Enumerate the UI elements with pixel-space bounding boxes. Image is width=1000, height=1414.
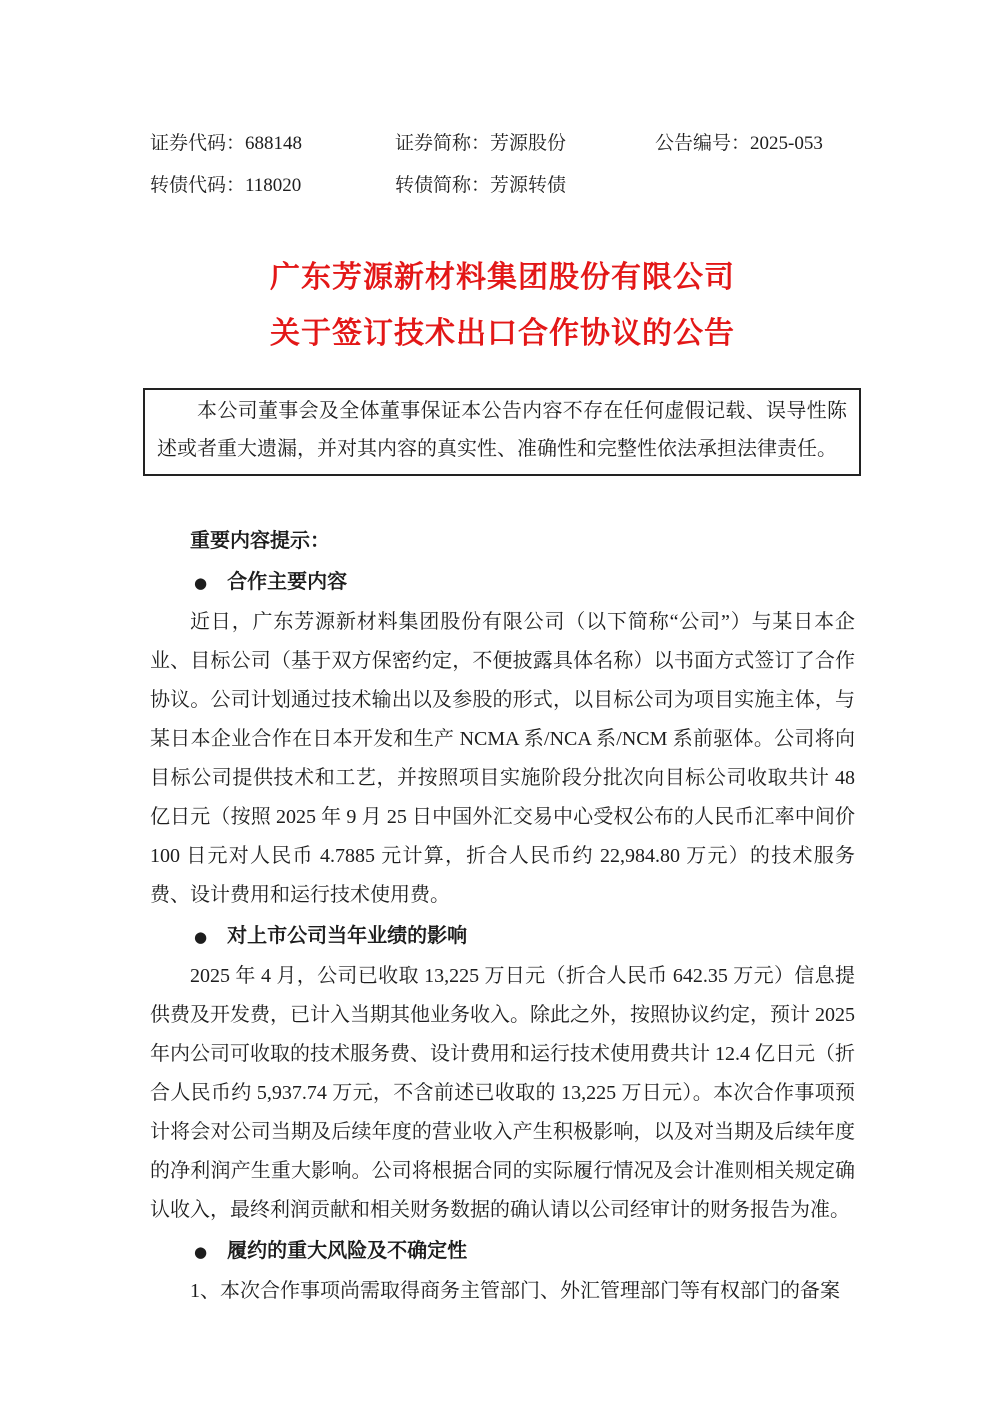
paragraph-performance-impact: 2025 年 4 月，公司已收取 13,225 万日元（折合人民币 642.35… [150, 957, 855, 1230]
header-meta: 证券代码：688148 证券简称：芳源股份 公告编号：2025-053 转债代码… [150, 130, 855, 200]
bullet-dot-icon: ● [194, 918, 207, 957]
document-body: 重要内容提示： ● 合作主要内容 近日，广东芳源新材料集团股份有限公司（以下简称… [150, 522, 855, 1311]
document-title-line2: 关于签订技术出口合作协议的公告 [150, 306, 855, 362]
bullet-item-cooperation: ● 合作主要内容 [150, 563, 855, 603]
document-title-line1: 广东芳源新材料集团股份有限公司 [150, 250, 855, 306]
meta-row-1: 证券代码：688148 证券简称：芳源股份 公告编号：2025-053 [150, 130, 855, 158]
paragraph-cooperation: 近日，广东芳源新材料集团股份有限公司（以下简称“公司”）与某日本企业、目标公司（… [150, 603, 855, 915]
bullet-dot-icon: ● [194, 564, 207, 603]
disclaimer-text: 本公司董事会及全体董事保证本公告内容不存在任何虚假记载、误导性陈述或者重大遗漏，… [157, 392, 847, 468]
paragraph-risks: 1、本次合作事项尚需取得商务主管部门、外汇管理部门等有权部门的备案 [150, 1272, 855, 1311]
bullet-dot-icon: ● [194, 1233, 207, 1272]
bullet-item-performance-impact: ● 对上市公司当年业绩的影响 [150, 917, 855, 957]
important-tips-heading: 重要内容提示： [150, 522, 855, 561]
announcement-page: 证券代码：688148 证券简称：芳源股份 公告编号：2025-053 转债代码… [0, 0, 1000, 1414]
meta-row-2: 转债代码：118020 转债简称：芳源转债 [150, 172, 855, 200]
bullet-heading-risks: 履约的重大风险及不确定性 [227, 1232, 467, 1271]
disclaimer-box: 本公司董事会及全体董事保证本公告内容不存在任何虚假记载、误导性陈述或者重大遗漏，… [143, 388, 861, 476]
bond-code: 转债代码：118020 [150, 172, 395, 200]
bond-short-name: 转债简称：芳源转债 [395, 172, 655, 200]
document-title: 广东芳源新材料集团股份有限公司 关于签订技术出口合作协议的公告 [150, 250, 855, 362]
bullet-heading-cooperation: 合作主要内容 [227, 563, 347, 602]
meta-spacer [655, 172, 855, 200]
bullet-item-risks: ● 履约的重大风险及不确定性 [150, 1232, 855, 1272]
announcement-number: 公告编号：2025-053 [655, 130, 855, 158]
stock-code: 证券代码：688148 [150, 130, 395, 158]
bullet-heading-performance-impact: 对上市公司当年业绩的影响 [227, 917, 467, 956]
stock-short-name: 证券简称：芳源股份 [395, 130, 655, 158]
